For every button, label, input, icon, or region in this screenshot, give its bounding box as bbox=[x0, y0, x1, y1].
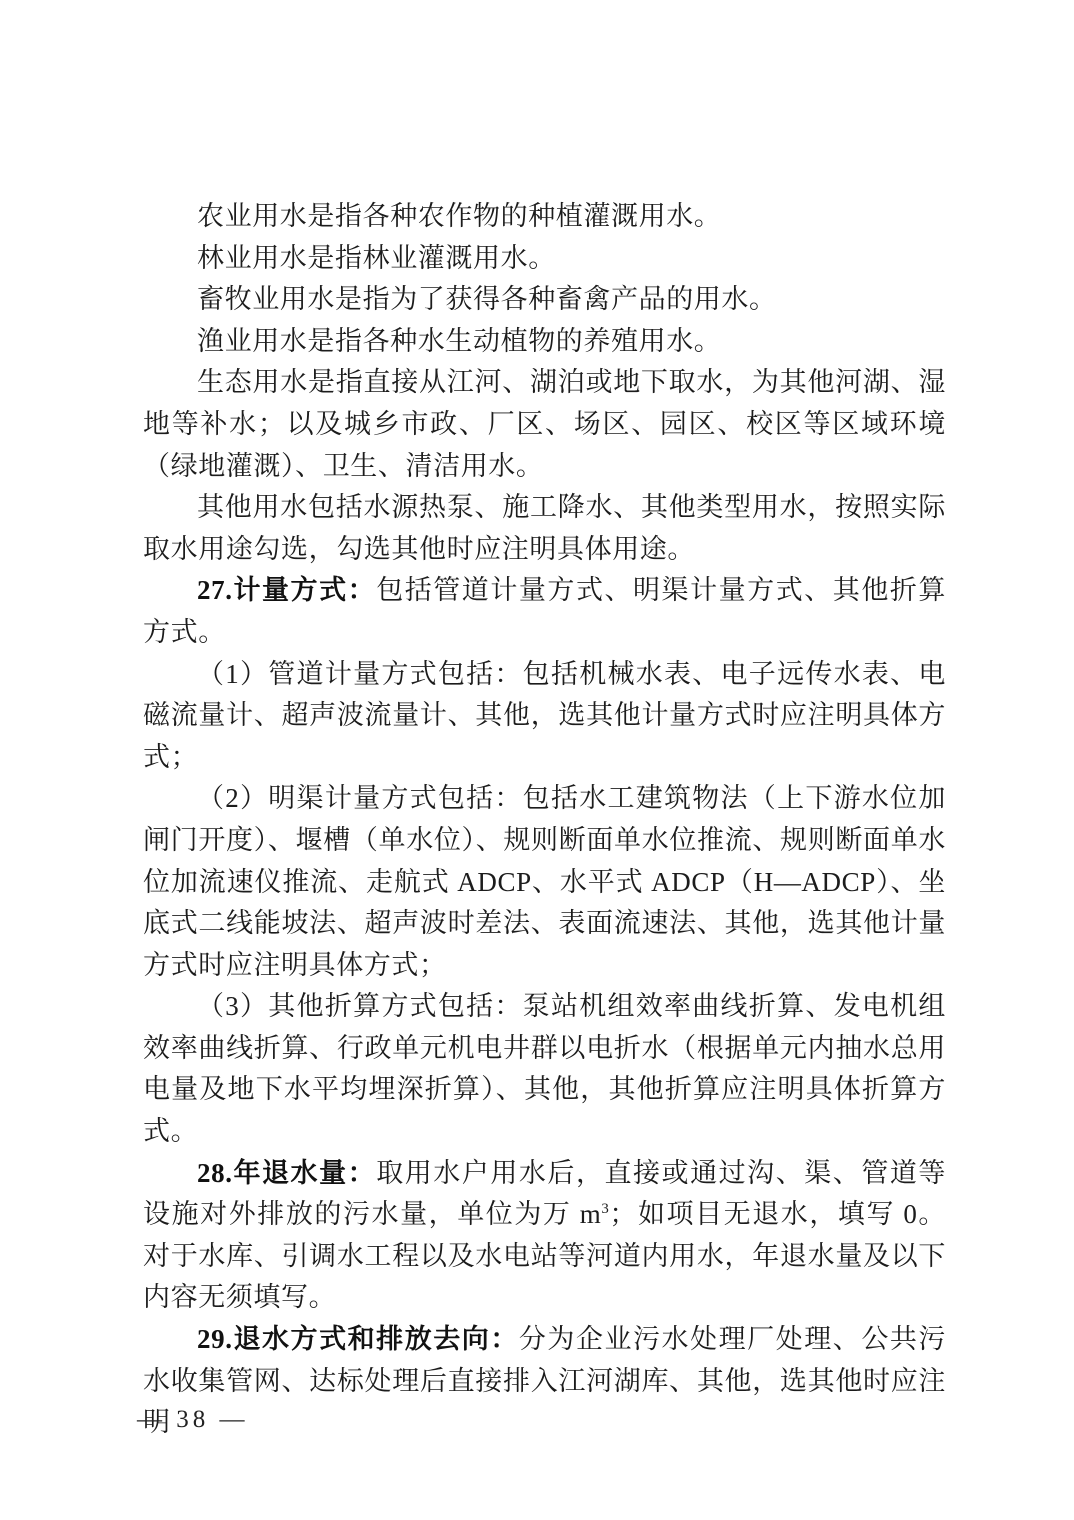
page-number: — 38 — bbox=[137, 1406, 249, 1433]
text-run: （3）其他折算方式包括：泵站机组效率曲线折算、发电机组效率曲线折算、行政单元机电… bbox=[143, 991, 946, 1146]
paragraph: 28.年退水量：取用水户用水后，直接或通过沟、渠、管道等设施对外排放的污水量，单… bbox=[143, 1153, 946, 1319]
document-body: 农业用水是指各种农作物的种植灌溉用水。林业用水是指林业灌溉用水。畜牧业用水是指为… bbox=[143, 196, 946, 1444]
paragraph: （1）管道计量方式包括：包括机械水表、电子远传水表、电磁流量计、超声波流量计、其… bbox=[143, 654, 946, 779]
paragraph: 其他用水包括水源热泵、施工降水、其他类型用水，按照实际取水用途勾选，勾选其他时应… bbox=[143, 487, 946, 570]
paragraph: 生态用水是指直接从江河、湖泊或地下取水，为其他河湖、湿地等补水；以及城乡市政、厂… bbox=[143, 362, 946, 487]
text-run: 渔业用水是指各种水生动植物的养殖用水。 bbox=[197, 326, 721, 356]
text-run: 其他用水包括水源热泵、施工降水、其他类型用水，按照实际取水用途勾选，勾选其他时应… bbox=[143, 492, 946, 564]
text-run: （2）明渠计量方式包括：包括水工建筑物法（上下游水位加闸门开度）、堰槽（单水位）… bbox=[143, 783, 946, 979]
text-run: 农业用水是指各种农作物的种植灌溉用水。 bbox=[197, 201, 721, 231]
page-footer: — 38 — bbox=[137, 1406, 249, 1434]
document-page: 农业用水是指各种农作物的种植灌溉用水。林业用水是指林业灌溉用水。畜牧业用水是指为… bbox=[0, 0, 1074, 1520]
text-run: 畜牧业用水是指为了获得各种畜禽产品的用水。 bbox=[197, 284, 777, 314]
section-heading: 27.计量方式： bbox=[197, 575, 376, 605]
paragraph: （2）明渠计量方式包括：包括水工建筑物法（上下游水位加闸门开度）、堰槽（单水位）… bbox=[143, 778, 946, 986]
paragraph: 林业用水是指林业灌溉用水。 bbox=[143, 238, 946, 280]
paragraph: 29.退水方式和排放去向：分为企业污水处理厂处理、公共污水收集管网、达标处理后直… bbox=[143, 1319, 946, 1444]
paragraph: 渔业用水是指各种水生动植物的养殖用水。 bbox=[143, 321, 946, 363]
text-run: （1）管道计量方式包括：包括机械水表、电子远传水表、电磁流量计、超声波流量计、其… bbox=[143, 659, 946, 772]
text-run: 生态用水是指直接从江河、湖泊或地下取水，为其他河湖、湿地等补水；以及城乡市政、厂… bbox=[143, 367, 946, 480]
paragraph: 27.计量方式：包括管道计量方式、明渠计量方式、其他折算方式。 bbox=[143, 570, 946, 653]
text-run: 林业用水是指林业灌溉用水。 bbox=[197, 243, 556, 273]
section-heading: 28.年退水量： bbox=[197, 1158, 376, 1188]
paragraph: （3）其他折算方式包括：泵站机组效率曲线折算、发电机组效率曲线折算、行政单元机电… bbox=[143, 986, 946, 1152]
paragraph: 农业用水是指各种农作物的种植灌溉用水。 bbox=[143, 196, 946, 238]
paragraph: 畜牧业用水是指为了获得各种畜禽产品的用水。 bbox=[143, 279, 946, 321]
section-heading: 29.退水方式和排放去向： bbox=[197, 1324, 519, 1354]
